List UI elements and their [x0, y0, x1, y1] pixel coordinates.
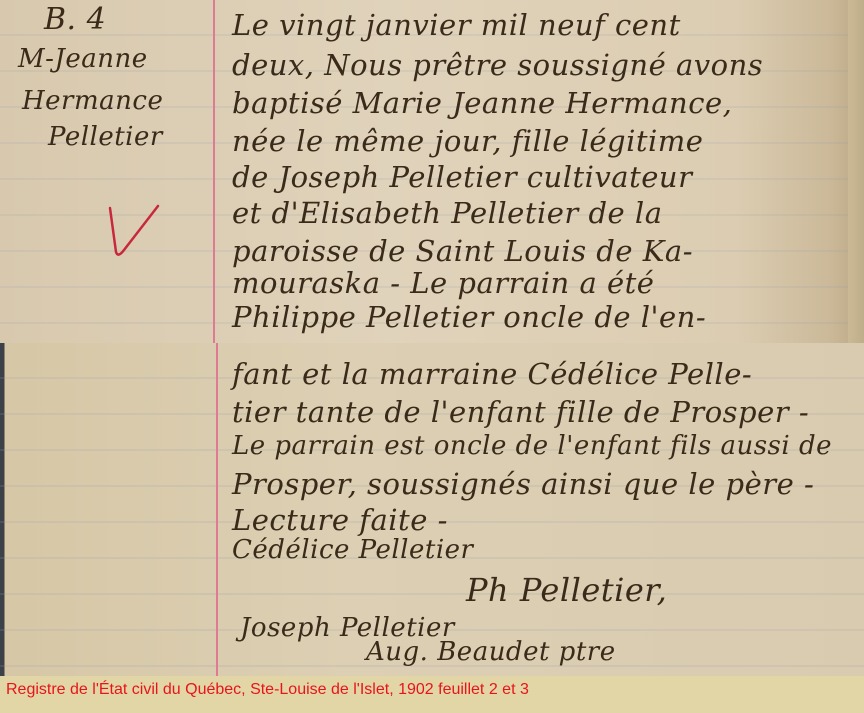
margin-line	[216, 343, 218, 676]
entry-text-line: Prosper, soussignés ainsi que le père -	[232, 467, 814, 501]
entry-text-line: née le même jour, fille légitime	[232, 124, 703, 158]
entry-text-line: Philippe Pelletier oncle de l'en-	[232, 300, 706, 334]
signature-godfather: Ph Pelletier,	[466, 571, 667, 609]
source-caption: Registre de l'État civil du Québec, Ste-…	[6, 681, 529, 699]
entry-text-line: et d'Elisabeth Pelletier de la	[232, 196, 663, 230]
entry-text-line: de Joseph Pelletier cultivateur	[232, 160, 692, 194]
entry-text-line: Lecture faite -	[232, 503, 448, 537]
margin-line	[213, 0, 215, 343]
entry-text-line: Le parrain est oncle de l'enfant fils au…	[232, 431, 832, 461]
entry-number: B. 4	[44, 2, 106, 37]
entry-text-line: deux, Nous prêtre soussigné avons	[232, 48, 763, 82]
page-edge	[848, 0, 864, 343]
caption-bar: Registre de l'État civil du Québec, Ste-…	[0, 676, 864, 713]
margin-name-line-2: Hermance	[22, 86, 163, 116]
entry-text-line: Le vingt janvier mil neuf cent	[232, 8, 681, 42]
margin-name-line-3: Pelletier	[48, 122, 163, 152]
margin-name-line-1: M-Jeanne	[18, 44, 148, 74]
entry-text-line: baptisé Marie Jeanne Hermance,	[232, 86, 732, 120]
entry-text-line: paroisse de Saint Louis de Ka-	[232, 234, 693, 268]
entry-text-line: fant et la marraine Cédélice Pelle-	[232, 357, 752, 391]
signature-godmother: Cédélice Pelletier	[232, 535, 473, 565]
signature-priest: Aug. Beaudet ptre	[366, 637, 616, 667]
entry-text-line: mouraska - Le parrain a été	[232, 266, 654, 300]
entry-text-line: tier tante de l'enfant fille de Prosper …	[232, 395, 809, 429]
check-mark-icon	[108, 204, 160, 258]
register-page-top: B. 4 M-Jeanne Hermance Pelletier Le ving…	[0, 0, 864, 343]
register-page-bottom: fant et la marraine Cédélice Pelle- tier…	[0, 343, 864, 676]
